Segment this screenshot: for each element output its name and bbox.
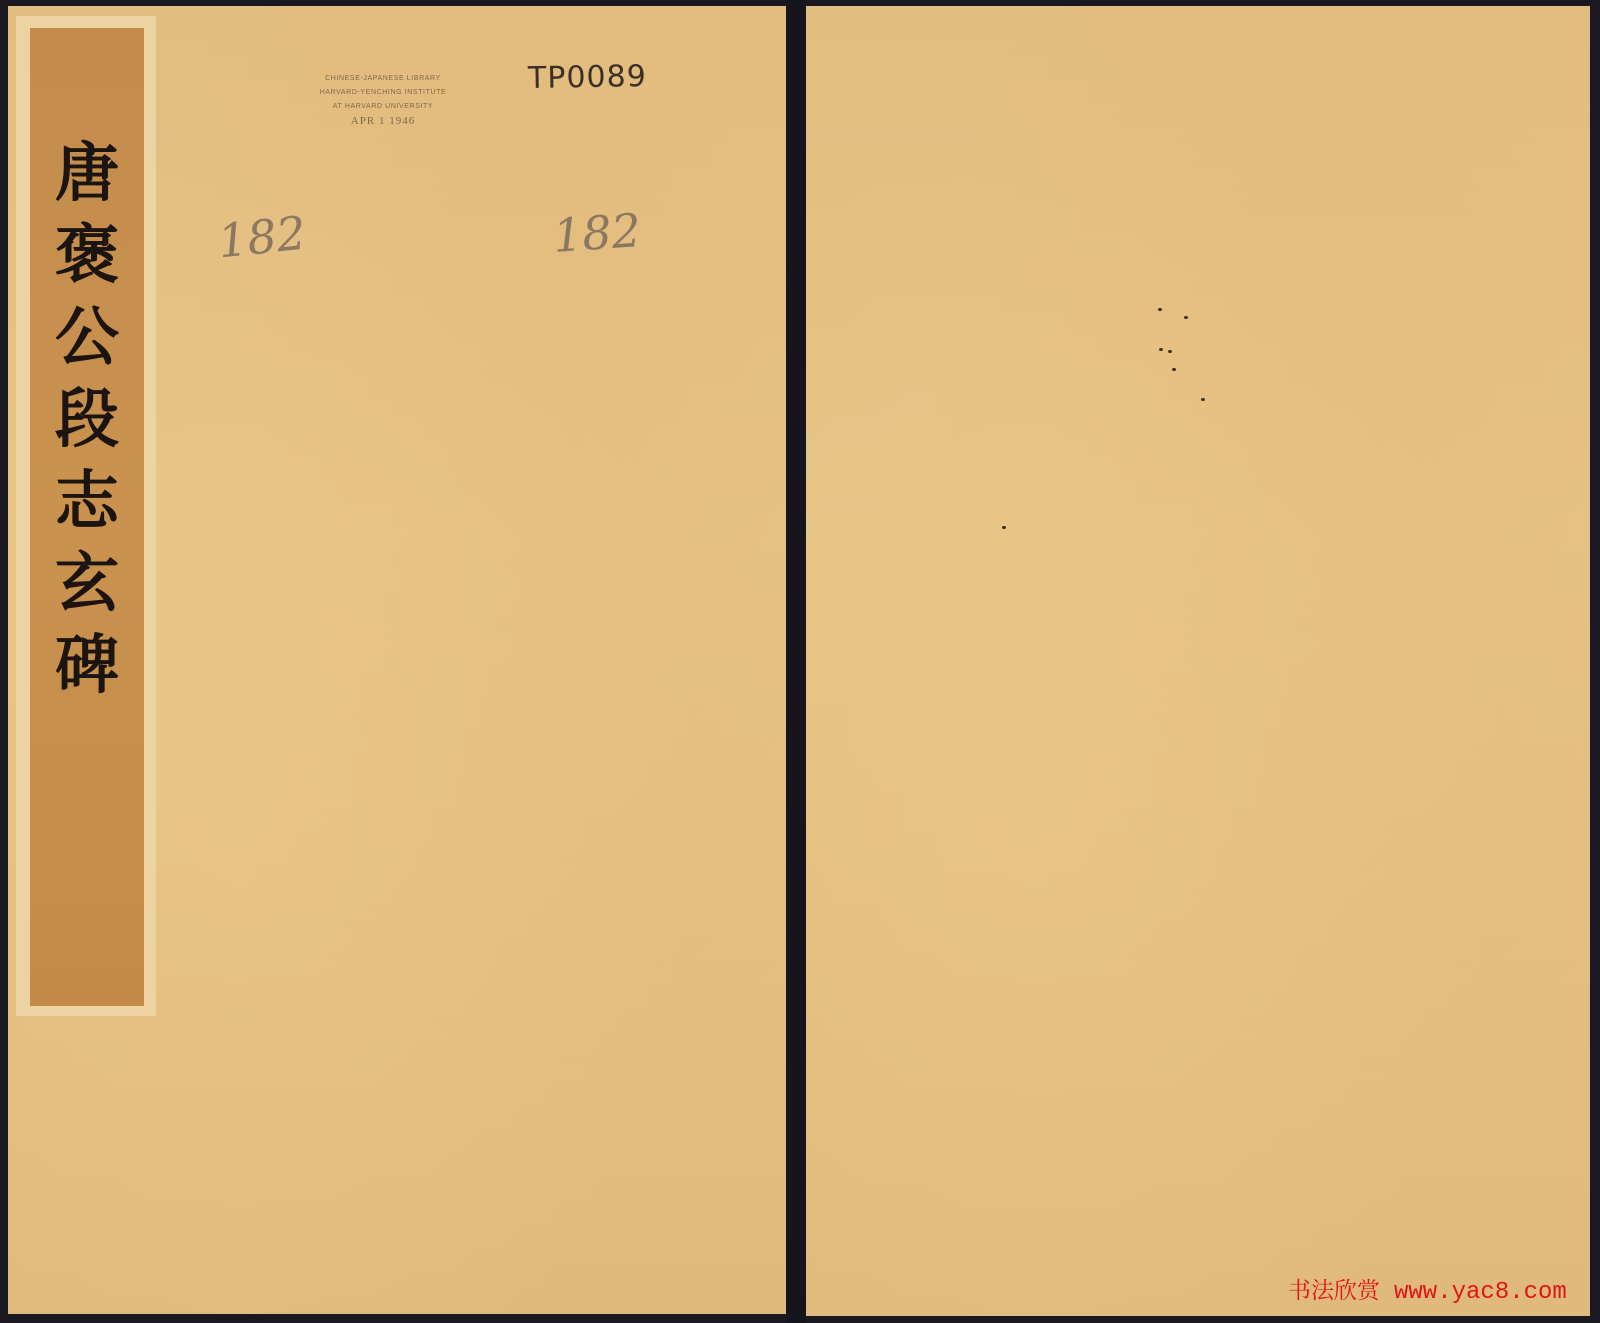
paper-speck (1172, 368, 1176, 371)
title-strip-border: 唐 褒 公 段 志 玄 碑 (16, 16, 156, 1016)
left-page-cover: 唐 褒 公 段 志 玄 碑 Chinese-Japanese Library H… (8, 6, 786, 1314)
paper-speck (1158, 308, 1162, 311)
stamp-line-2: Harvard-Yenching Institute (293, 86, 473, 100)
paper-speck (1201, 398, 1205, 401)
watermark-url: www.yac8.com (1394, 1279, 1567, 1306)
title-char: 碑 (55, 625, 119, 707)
title-char: 褒 (55, 215, 119, 297)
call-number: TP0089 (528, 59, 647, 96)
library-stamp: Chinese-Japanese Library Harvard-Yenchin… (293, 72, 473, 128)
pencil-mark: 182 (551, 203, 642, 263)
paper-speck (1159, 348, 1163, 351)
title-char: 唐 (55, 133, 119, 215)
title-char: 公 (55, 297, 119, 379)
paper-speck (1002, 526, 1006, 529)
paper-speck (1168, 350, 1172, 353)
paper-speck (1184, 316, 1188, 319)
title-char: 玄 (55, 543, 119, 625)
title-char: 段 (55, 379, 119, 461)
stamp-line-3: at Harvard University (293, 100, 473, 114)
book-gutter (786, 0, 806, 1323)
site-watermark: 书法欣赏www.yac8.com (1288, 1272, 1567, 1306)
pencil-mark: 182 (215, 206, 308, 269)
stamp-line-1: Chinese-Japanese Library (293, 72, 473, 86)
watermark-label: 书法欣赏 (1288, 1278, 1380, 1304)
stamp-date: APR 1 1946 (293, 114, 473, 128)
right-page-blank (806, 6, 1590, 1316)
title-char: 志 (55, 461, 119, 543)
title-strip: 唐 褒 公 段 志 玄 碑 (30, 28, 144, 1006)
